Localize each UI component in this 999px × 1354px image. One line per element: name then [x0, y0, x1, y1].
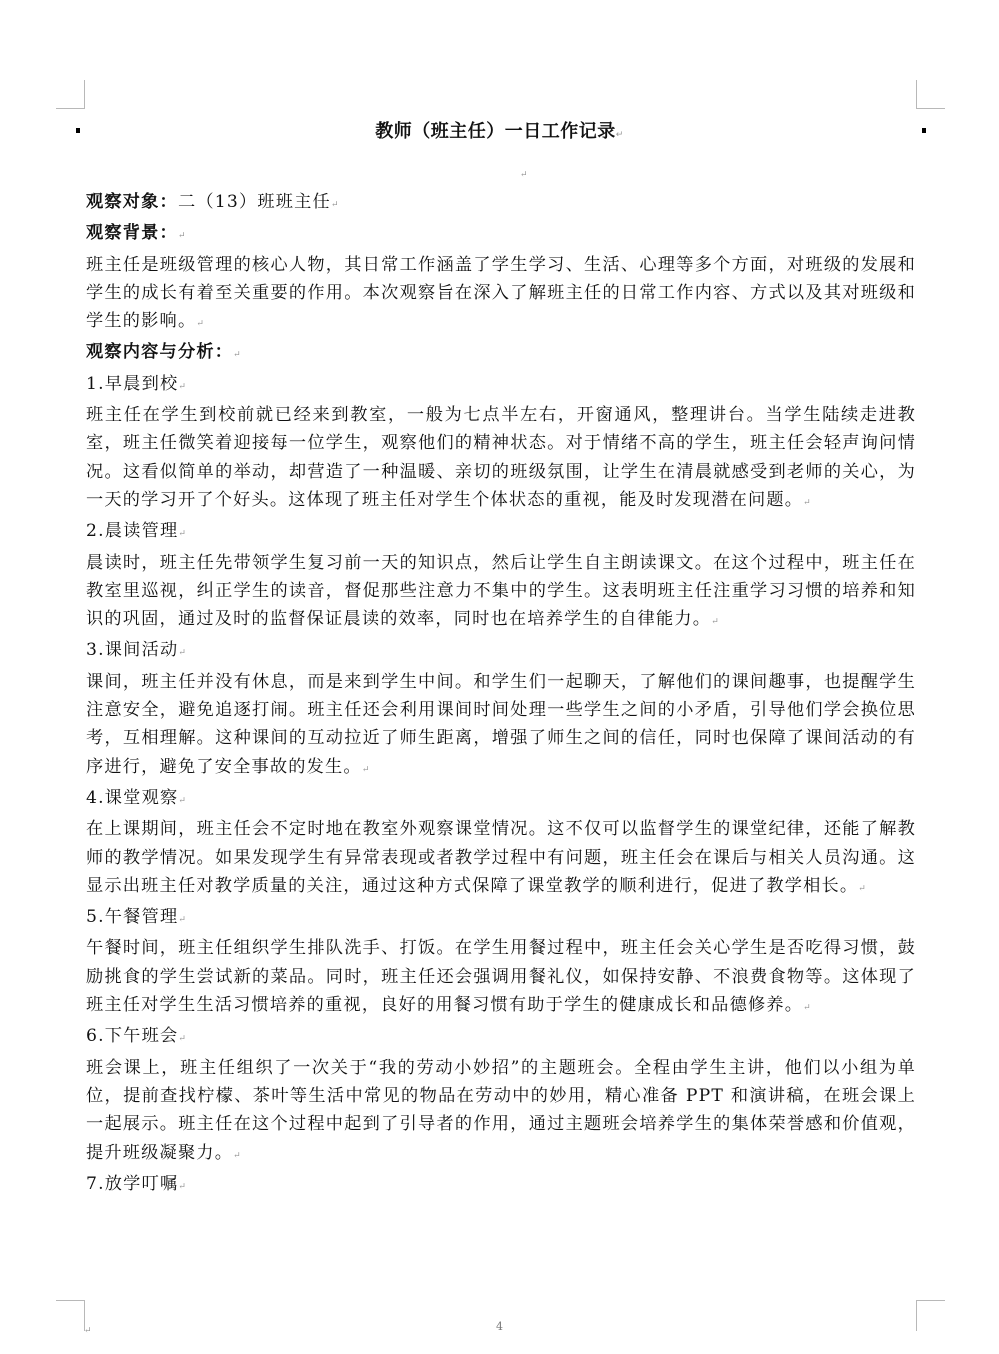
- paragraph-mark-icon: ↵: [520, 170, 528, 180]
- section-heading: 6.下午班会↵: [86, 1022, 916, 1053]
- section-heading-text: 7.放学叮嘱: [86, 1174, 178, 1194]
- paragraph-mark-icon: ↵: [178, 529, 187, 539]
- analysis-label: 观察内容与分析：: [86, 342, 233, 362]
- background-text: 班主任是班级管理的核心人物，其日常工作涵盖了学生学习、生活、心理等多个方面，对班…: [86, 255, 916, 332]
- margin-corner-top-right: [916, 80, 945, 109]
- paragraph-mark-icon: ↵: [178, 1182, 187, 1192]
- margin-corner-top-left: [56, 80, 85, 109]
- paragraph-mark-icon: ↵: [178, 915, 187, 925]
- section-heading-text: 3.课间活动: [86, 640, 178, 660]
- document-body[interactable]: 观察对象：二（13）班班主任↵ 观察背景：↵ 班主任是班级管理的核心人物，其日常…: [86, 188, 916, 1201]
- paragraph-mark-icon: ↵: [196, 319, 205, 329]
- background-paragraph: 班主任是班级管理的核心人物，其日常工作涵盖了学生学习、生活、心理等多个方面，对班…: [86, 251, 916, 339]
- paragraph-mark-icon: ↵: [178, 382, 187, 392]
- paragraph-mark-icon: ↵: [178, 648, 187, 658]
- paragraph-mark-icon: ↵: [362, 765, 371, 775]
- background-label: 观察背景：: [86, 223, 178, 243]
- paragraph-mark-icon: ↵: [803, 498, 812, 508]
- section-paragraph: 午餐时间，班主任组织学生排队洗手、打饭。在学生用餐过程中，班主任会关心学生是否吃…: [86, 934, 916, 1022]
- paragraph-mark-icon: ↵: [616, 130, 624, 140]
- section-heading: 5.午餐管理↵: [86, 903, 916, 934]
- paragraph-mark-icon: ↵: [178, 1034, 187, 1044]
- section-text: 班主任在学生到校前就已经来到教室，一般为七点半左右，开窗通风，整理讲台。当学生陆…: [86, 405, 916, 510]
- section-text: 午餐时间，班主任组织学生排队洗手、打饭。在学生用餐过程中，班主任会关心学生是否吃…: [86, 938, 916, 1015]
- section-heading: 3.课间活动↵: [86, 636, 916, 667]
- section-heading-text: 5.午餐管理: [86, 907, 178, 927]
- paragraph-mark-icon: ↵: [331, 200, 340, 210]
- section-paragraph: 晨读时，班主任先带领学生复习前一天的知识点，然后让学生自主朗读课文。在这个过程中…: [86, 549, 916, 637]
- section-text: 在上课期间，班主任会不定时地在教室外观察课堂情况。这不仅可以监督学生的课堂纪律，…: [86, 819, 916, 896]
- paragraph-mark-icon: ↵: [233, 1151, 242, 1161]
- section-paragraph: 在上课期间，班主任会不定时地在教室外观察课堂情况。这不仅可以监督学生的课堂纪律，…: [86, 815, 916, 903]
- section-text: 晨读时，班主任先带领学生复习前一天的知识点，然后让学生自主朗读课文。在这个过程中…: [86, 553, 916, 630]
- observation-target-value: 二（13）班班主任: [178, 192, 331, 212]
- title-text: 教师（班主任）一日工作记录: [375, 121, 616, 142]
- section-paragraph: 课间，班主任并没有休息，而是来到学生中间。和学生们一起聊天，了解他们的课间趣事，…: [86, 668, 916, 784]
- section-heading-text: 6.下午班会: [86, 1026, 178, 1046]
- paragraph-mark-icon: ↵: [178, 231, 187, 241]
- section-heading: 2.晨读管理↵: [86, 517, 916, 548]
- section-paragraph: 班主任在学生到校前就已经来到教室，一般为七点半左右，开窗通风，整理讲台。当学生陆…: [86, 401, 916, 517]
- paragraph-mark-icon: ↵: [711, 617, 720, 627]
- paragraph-mark-icon: ↵: [178, 796, 187, 806]
- paragraph-mark-icon: ↵: [858, 884, 867, 894]
- document-title[interactable]: 教师（班主任）一日工作记录↵: [0, 117, 999, 143]
- section-heading-text: 1.早晨到校: [86, 374, 178, 394]
- section-heading: 7.放学叮嘱↵: [86, 1170, 916, 1201]
- observation-target-label: 观察对象：: [86, 192, 178, 212]
- analysis-heading: 观察内容与分析：↵: [86, 338, 916, 369]
- background-heading: 观察背景：↵: [86, 219, 916, 250]
- paragraph-mark-icon: ↵: [803, 1003, 812, 1013]
- paragraph-mark-icon: ↵: [233, 350, 242, 360]
- section-heading-text: 2.晨读管理: [86, 521, 178, 541]
- page-number: 4: [0, 1320, 999, 1333]
- observation-target-line: 观察对象：二（13）班班主任↵: [86, 188, 916, 219]
- section-paragraph: 班会课上，班主任组织了一次关于“我的劳动小妙招”的主题班会。全程由学生主讲，他们…: [86, 1054, 916, 1170]
- section-text: 课间，班主任并没有休息，而是来到学生中间。和学生们一起聊天，了解他们的课间趣事，…: [86, 672, 916, 777]
- section-heading-text: 4.课堂观察: [86, 788, 178, 808]
- section-text: 班会课上，班主任组织了一次关于“我的劳动小妙招”的主题班会。全程由学生主讲，他们…: [86, 1058, 916, 1163]
- section-heading: 4.课堂观察↵: [86, 784, 916, 815]
- section-heading: 1.早晨到校↵: [86, 370, 916, 401]
